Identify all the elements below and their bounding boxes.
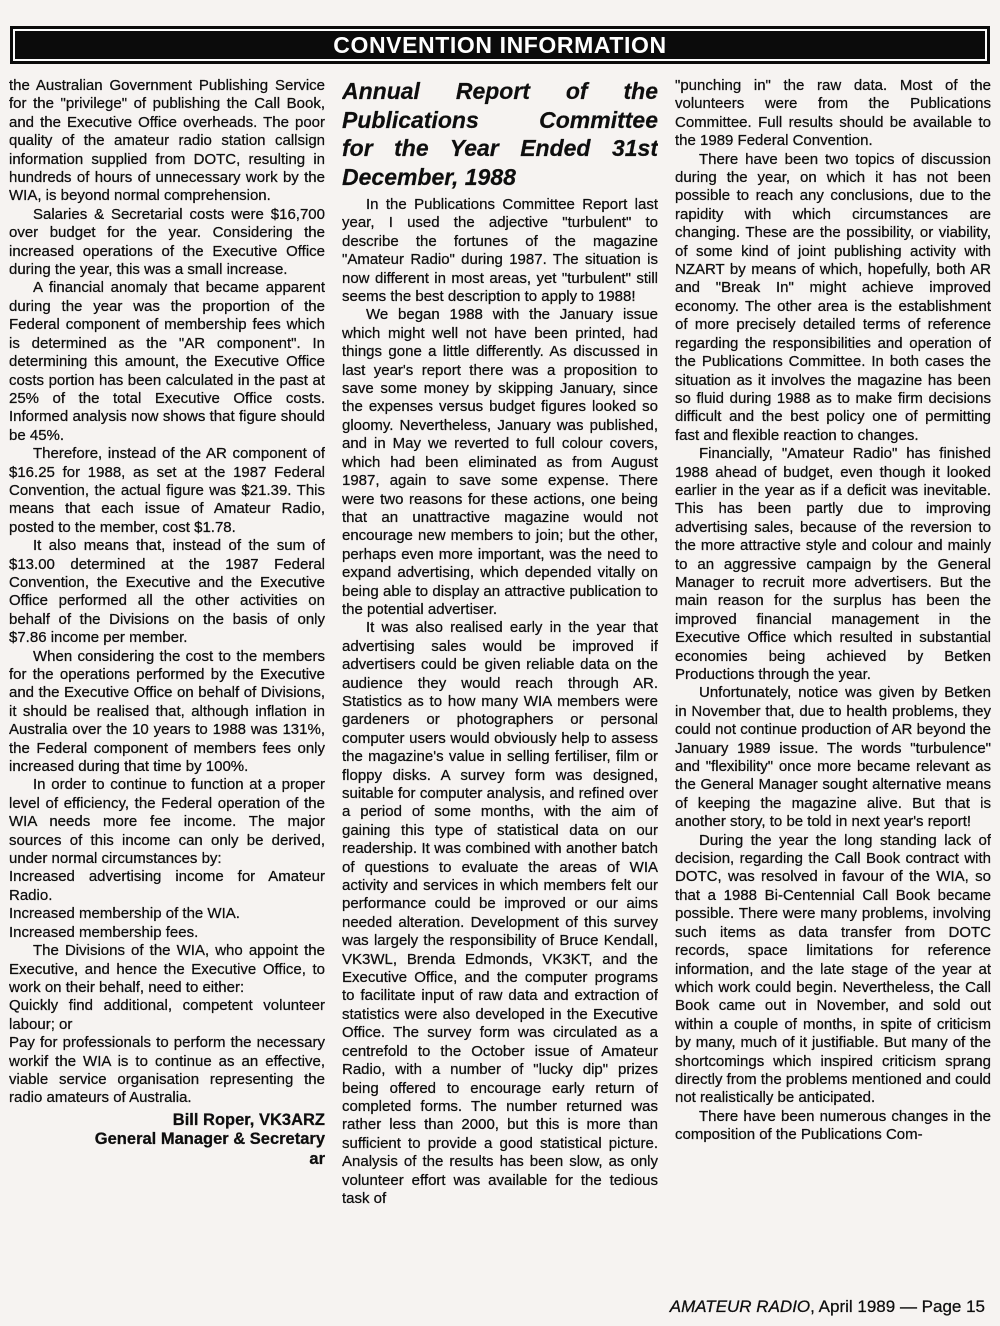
paragraph: We began 1988 with the January issue whi… [342, 306, 658, 619]
article-title-line: December, 1988 [342, 163, 658, 192]
page-footer: AMATEUR RADIO, April 1989 — Page 15 [670, 1297, 985, 1317]
list-item: Pay for professionals to perform the nec… [9, 1034, 325, 1108]
list-item: Increased membership fees. [9, 924, 325, 942]
article-title-line: for the Year Ended 31st [342, 134, 658, 163]
article-title-line: Publications Committee [342, 106, 658, 135]
paragraph: During the year the long standing lack o… [675, 832, 991, 1108]
list-item: Increased advertising income for Amateur… [9, 868, 325, 905]
article-signature: Bill Roper, VK3ARZ General Manager & Sec… [9, 1111, 325, 1170]
signature-role: General Manager & Secretary [9, 1130, 325, 1150]
paragraph: Financially, "Amateur Radio" has finishe… [675, 445, 991, 684]
signature-name: Bill Roper, VK3ARZ [9, 1111, 325, 1131]
paragraph: It was also realised early in the year t… [342, 619, 658, 1208]
magazine-title: AMATEUR RADIO [670, 1297, 810, 1316]
paragraph: The Divisions of the WIA, who appoint th… [9, 942, 325, 997]
section-header-bar: CONVENTION INFORMATION [15, 31, 985, 59]
paragraph: In the Publications Committee Report las… [342, 196, 658, 306]
magazine-page: { "colors": { "page_bg": "#f6f3f1", "ink… [0, 0, 1000, 1326]
paragraph: the Australian Government Publishing Ser… [9, 77, 325, 206]
paragraph: Unfortunately, notice was given by Betke… [675, 684, 991, 831]
paragraph: There have been numerous changes in the … [675, 1108, 991, 1145]
paragraph: Therefore, instead of the AR component o… [9, 445, 325, 537]
paragraph: A financial anomaly that became apparent… [9, 279, 325, 445]
paragraph: It also means that, instead of the sum o… [9, 537, 325, 647]
paragraph: "punching in" the raw data. Most of the … [675, 77, 991, 151]
paragraph: There have been two topics of discussion… [675, 151, 991, 446]
list-item: Quickly find additional, competent volun… [9, 997, 325, 1034]
paragraph: In order to continue to function at a pr… [9, 776, 325, 868]
article-title-line: Annual Report of the [342, 77, 658, 106]
column-1: the Australian Government Publishing Ser… [9, 77, 325, 1307]
column-3: "punching in" the raw data. Most of the … [675, 77, 991, 1307]
article-columns: the Australian Government Publishing Ser… [0, 64, 1000, 1307]
signature-end-mark: ar [9, 1150, 325, 1170]
list-item: Increased membership of the WIA. [9, 905, 325, 923]
paragraph: When considering the cost to the members… [9, 648, 325, 777]
issue-and-page-number: , April 1989 — Page 15 [810, 1297, 985, 1316]
section-header-banner: CONVENTION INFORMATION [10, 26, 990, 64]
section-title: CONVENTION INFORMATION [333, 32, 666, 59]
column-2: Annual Report of the Publications Commit… [342, 77, 658, 1307]
paragraph: Salaries & Secretarial costs were $16,70… [9, 206, 325, 280]
article-title: Annual Report of the Publications Commit… [342, 77, 658, 191]
